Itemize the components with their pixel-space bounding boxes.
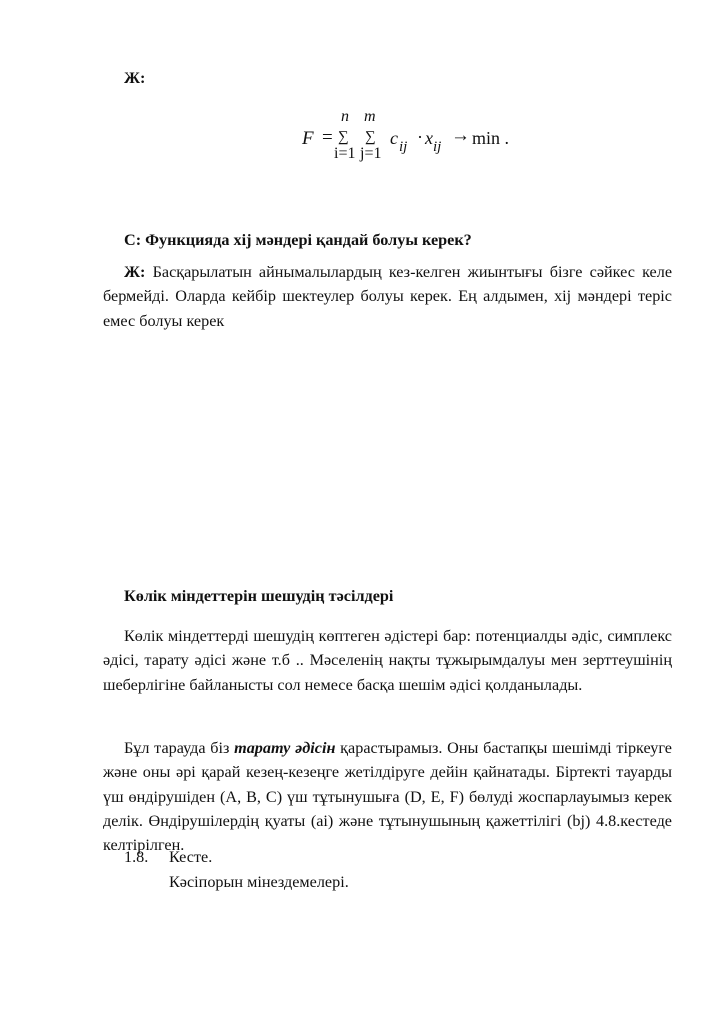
sum1-upper: n: [341, 108, 349, 126]
answer-label: Ж:: [124, 66, 693, 90]
paragraph-2-before: Бұл тарауда біз: [124, 739, 234, 757]
sum2-symbol: ∑: [365, 129, 376, 146]
sum1-lower: i=1: [334, 145, 355, 163]
answer-paragraph-label: Ж:: [124, 263, 145, 281]
paragraph-distribution-method: Бұл тарауда біз тарату әдісін қарастырам…: [103, 736, 672, 857]
table-caption-line2: Кәсіпорын мінездемелері.: [169, 870, 349, 895]
table-caption-body: Кесте. Кәсіпорын мінездемелері.: [169, 845, 349, 894]
objective-function-formula: F = n ∑ i=1 m ∑ j=1 c ij · x ij → min .: [302, 108, 522, 170]
formula-goal: min .: [472, 128, 509, 149]
table-caption-line1: Кесте.: [169, 845, 349, 870]
paragraph-methods: Көлік міндеттерді шешудің көптеген әдіст…: [103, 624, 672, 697]
formula-c: c: [390, 128, 398, 149]
paragraph-2-emphasis: тарату әдісін: [234, 739, 335, 757]
formula-c-subscript: ij: [399, 139, 407, 156]
question-heading: С: Функцияда хij мәндері қандай болуы ке…: [124, 228, 693, 252]
formula-x: x: [425, 128, 433, 149]
formula-lhs: F: [302, 128, 314, 150]
arrow-icon: →: [451, 125, 470, 147]
answer-paragraph: Ж: Басқарылатын айнымалылардың кез-келге…: [103, 260, 672, 333]
answer-paragraph-text: Басқарылатын айнымалылардың кез-келген ж…: [103, 263, 672, 330]
section-heading: Көлік міндеттерін шешудің тәсілдері: [124, 584, 693, 608]
formula-x-subscript: ij: [433, 139, 441, 156]
sum2-lower: j=1: [360, 145, 381, 163]
formula-equals: =: [322, 127, 333, 149]
sum2-upper: m: [364, 108, 376, 126]
sum1-symbol: ∑: [338, 129, 349, 146]
formula-dot: ·: [417, 127, 423, 148]
table-caption-number: 1.8.: [124, 845, 164, 870]
